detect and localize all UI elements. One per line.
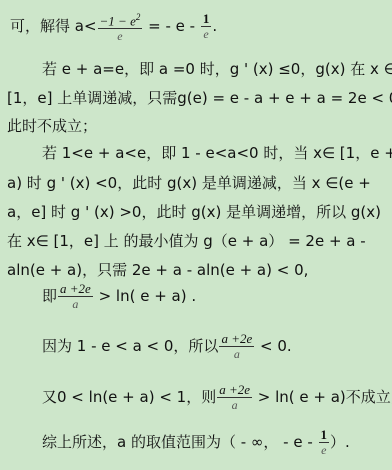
numerator: a +2e (58, 282, 93, 297)
text: 即 (42, 287, 57, 305)
fraction: a +2ea (217, 383, 252, 412)
text: > ln( e + a)不成立, (253, 388, 392, 406)
line-8: 在 x∈ [1，e] 上 的最小值为 g（e + a） = 2e + a - (7, 230, 366, 251)
line-12: 又0 < ln(e + a) < 1，则a +2ea > ln( e + a)不… (42, 383, 392, 412)
denominator: a (217, 398, 252, 412)
fraction: 1e (201, 12, 212, 41)
text: . (212, 17, 217, 35)
denominator: e (319, 443, 330, 457)
text: 又0 < ln(e + a) < 1，则 (42, 388, 216, 406)
text: ）. (330, 433, 350, 451)
line-7: a，e] 时 g ' (x) >0，此时 g(x) 是单调递增，所以 g(x) (7, 201, 381, 222)
denominator: e (98, 29, 143, 43)
line-11: 因为 1 - e < a < 0，所以a +2ea < 0. (42, 332, 292, 361)
fraction: a +2ea (219, 332, 254, 361)
numerator: 1 (319, 428, 330, 443)
line-1: 可，解得 a<−1 − e2e = - e - 1e. (10, 10, 217, 43)
fraction: 1e (319, 428, 330, 457)
text: < 0. (255, 337, 291, 355)
text: 可，解得 a< (10, 17, 97, 35)
denominator: e (201, 27, 212, 41)
line-10: 即a +2ea > ln( e + a) . (42, 282, 196, 311)
line-2: 若 e + a=e，即 a =0 时，g ' (x) ≤0，g(x) 在 x ∈ (42, 58, 392, 79)
line-13: 综上所述，a 的取值范围为（ - ∞， - e - 1e）. (42, 428, 350, 457)
numerator: a +2e (219, 332, 254, 347)
text: = - e - (143, 17, 199, 35)
exponent: 2 (136, 12, 141, 22)
numerator: 1 (201, 12, 212, 27)
fraction: −1 − e2e (98, 10, 143, 43)
line-9: aln(e + a)，只需 2e + a - aln(e + a) < 0, (7, 259, 308, 280)
line-6: a) 时 g ' (x) <0，此时 g(x) 是单调递减，当 x ∈(e + (7, 172, 371, 193)
denominator: a (219, 347, 254, 361)
line-5: 若 1<e + a<e，即 1 - e<a<0 时，当 x∈ [1，e + (42, 142, 392, 163)
numerator: a +2e (217, 383, 252, 398)
text: 因为 1 - e < a < 0，所以 (42, 337, 218, 355)
numerator: −1 − e (100, 13, 136, 28)
line-4: 此时不成立； (7, 115, 97, 136)
text: 综上所述，a 的取值范围为（ - ∞， - e - (42, 433, 318, 451)
text: > ln( e + a) . (94, 287, 196, 305)
fraction: a +2ea (58, 282, 93, 311)
denominator: a (58, 297, 93, 311)
line-3: [1，e] 上单调递减，只需g(e) = e - a + e + a = 2e … (7, 87, 392, 108)
